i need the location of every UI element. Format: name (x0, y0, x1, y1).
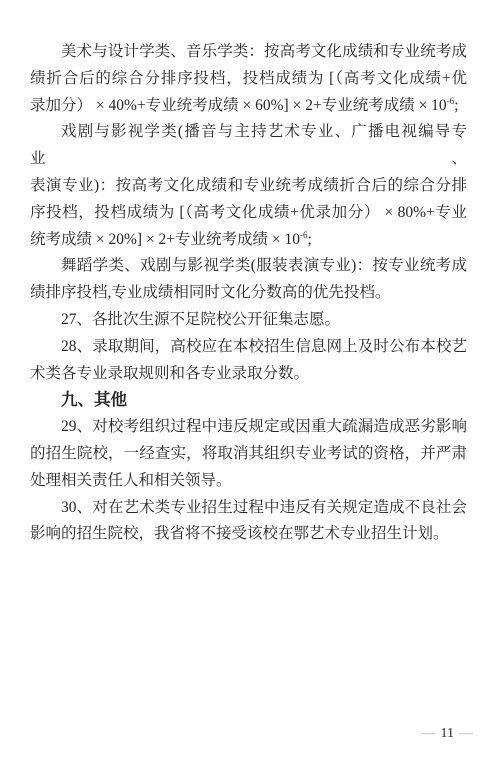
text-segment: 的招生院校，一经查实，将取消其组织专业考试的资格，并严肃 (30, 445, 467, 462)
text-segment: ; (454, 97, 458, 114)
text-line: 的招生院校，一经查实，将取消其组织专业考试的资格，并严肃 (30, 441, 467, 468)
text-line: 序投档，投档成绩为 [（高考文化成绩+优录加分） × 80%+专业 (30, 200, 467, 227)
text-line: 术类各专业录取规则和各专业录取分数。 (30, 361, 467, 388)
text-line: 戏剧与影视学类(播音与主持艺术专业、广播电视编导专业、 (30, 119, 467, 173)
footer-dash-left: — (422, 726, 436, 741)
page-number: 11 (441, 726, 454, 741)
text-segment: 绩排序投档,专业成绩相同时文化分数高的优先投档。 (30, 284, 390, 301)
text-segment: 戏剧与影视学类(播音与主持艺术专业、广播电视编导专业、 (30, 123, 467, 167)
text-line: 统考成绩 × 20%] × 2+专业统考成绩 × 10-6; (30, 227, 467, 254)
text-line: 表演专业)：按高考文化成绩和专业统考成绩折合后的综合分排 (30, 173, 467, 200)
text-segment: 表演专业)：按高考文化成绩和专业统考成绩折合后的综合分排 (30, 177, 467, 194)
text-segment: 处理相关责任人和相关领导。 (30, 472, 232, 489)
text-segment: 28、录取期间，高校应在本校招生信息网上及时公布本校艺 (61, 338, 467, 355)
text-line: 舞蹈学类、戏剧与影视学类(服装表演专业)：按专业统考成 (30, 253, 467, 280)
text-line: 28、录取期间，高校应在本校招生信息网上及时公布本校艺 (30, 334, 467, 361)
text-line: 30、对在艺术类专业招生过程中违反有关规定造成不良社会 (30, 495, 467, 522)
text-segment: 九、其他 (61, 391, 127, 409)
document-body: 美术与设计学类、音乐学类：按高考文化成绩和专业统考成绩折合后的综合分排序投档，投… (30, 39, 467, 548)
text-line: 美术与设计学类、音乐学类：按高考文化成绩和专业统考成 (30, 39, 467, 66)
text-segment: 影响的招生院校，我省将不接受该校在鄂艺术专业招生计划。 (30, 525, 449, 542)
text-segment: 27、各批次生源不足院校公开征集志愿。 (61, 311, 340, 328)
text-line: 27、各批次生源不足院校公开征集志愿。 (30, 307, 467, 334)
text-segment: 术类各专业录取规则和各专业录取分数。 (30, 365, 309, 382)
text-segment: 序投档，投档成绩为 [（高考文化成绩+优录加分） × 80%+专业 (30, 204, 467, 221)
superscript-exponent: -6 (300, 230, 308, 240)
text-line: 录加分） × 40%+专业统考成绩 × 60%] × 2+专业统考成绩 × 10… (30, 93, 467, 120)
page-footer: —11— (422, 726, 473, 742)
text-segment: 绩折合后的综合分排序投档，投档成绩为 [（高考文化成绩+优 (30, 70, 467, 87)
document-page: 美术与设计学类、音乐学类：按高考文化成绩和专业统考成绩折合后的综合分排序投档，投… (0, 0, 500, 773)
text-line: 绩折合后的综合分排序投档，投档成绩为 [（高考文化成绩+优 (30, 66, 467, 93)
text-line: 影响的招生院校，我省将不接受该校在鄂艺术专业招生计划。 (30, 521, 467, 548)
text-segment: 统考成绩 × 20%] × 2+专业统考成绩 × 10 (30, 231, 300, 248)
text-segment: 30、对在艺术类专业招生过程中违反有关规定造成不良社会 (61, 499, 467, 516)
section-heading: 九、其他 (30, 387, 467, 414)
text-segment: ; (308, 231, 312, 248)
text-segment: 舞蹈学类、戏剧与影视学类(服装表演专业)：按专业统考成 (61, 257, 467, 274)
text-line: 处理相关责任人和相关领导。 (30, 468, 467, 495)
text-line: 绩排序投档,专业成绩相同时文化分数高的优先投档。 (30, 280, 467, 307)
footer-dash-right: — (459, 726, 473, 741)
text-segment: 美术与设计学类、音乐学类：按高考文化成绩和专业统考成 (61, 43, 467, 60)
text-line: 29、对校考组织过程中违反规定或因重大疏漏造成恶劣影响 (30, 414, 467, 441)
text-segment: 录加分） × 40%+专业统考成绩 × 60%] × 2+专业统考成绩 × 10 (30, 97, 447, 114)
text-segment: 29、对校考组织过程中违反规定或因重大疏漏造成恶劣影响 (61, 418, 467, 435)
